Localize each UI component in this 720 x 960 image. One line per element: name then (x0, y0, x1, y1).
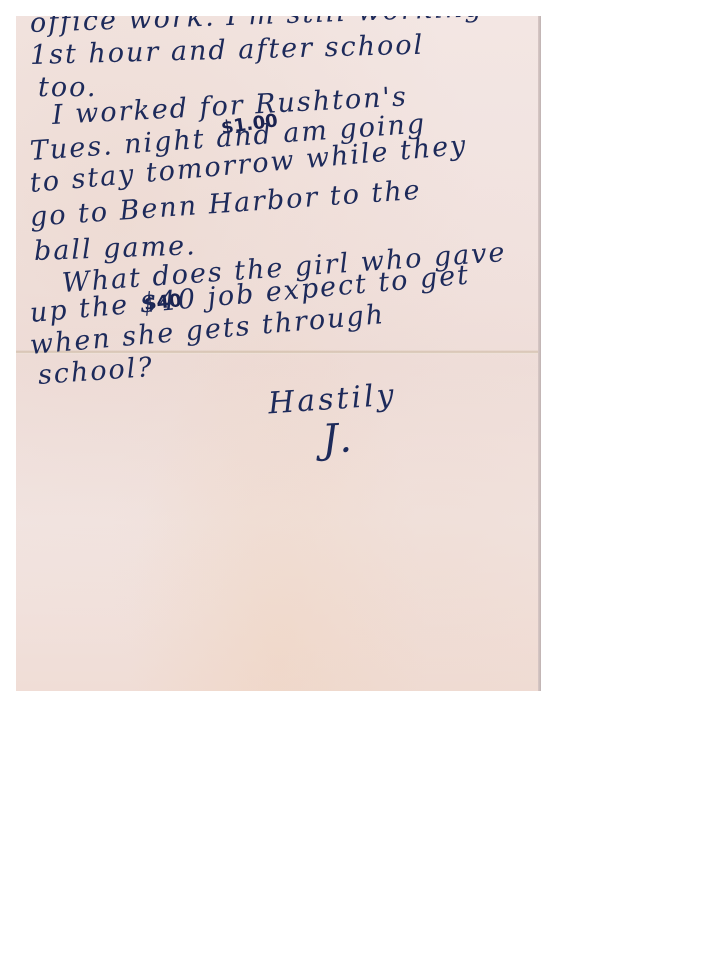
letter-page: office work. I'm still working 1st hour … (16, 16, 541, 691)
letter-closing: Hastily (267, 378, 398, 422)
letter-line-12: school? (37, 352, 155, 391)
letter-body: office work. I'm still working 1st hour … (16, 16, 541, 691)
letter-signature: J. (321, 415, 357, 463)
